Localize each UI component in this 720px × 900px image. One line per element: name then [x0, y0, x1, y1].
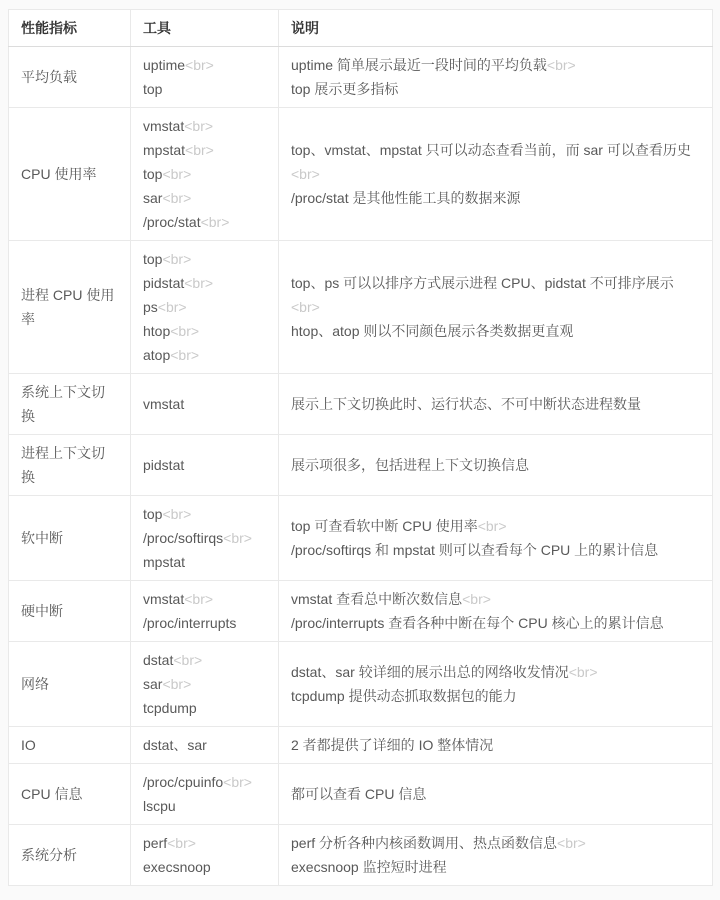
br-literal: <br>	[162, 506, 191, 522]
tool-name: pidstat	[143, 275, 184, 291]
tools-cell: /proc/cpuinfo<br>lscpu	[131, 764, 279, 825]
br-literal: <br>	[170, 347, 199, 363]
tool-name: execsnoop	[143, 859, 211, 875]
tool-line: pidstat	[143, 453, 266, 477]
table-body: 平均负载uptime<br>topuptime 简单展示最近一段时间的平均负载<…	[9, 47, 713, 886]
tool-line: lscpu	[143, 794, 266, 818]
tool-line: dstat、sar	[143, 733, 266, 757]
note-line: top 展示更多指标	[291, 77, 700, 101]
metric-cell: IO	[9, 727, 131, 764]
metric-cell: CPU 使用率	[9, 108, 131, 241]
tools-cell: uptime<br>top	[131, 47, 279, 108]
br-literal: <br>	[569, 664, 598, 680]
tool-line: ps<br>	[143, 295, 266, 319]
note-text: 展示项很多，包括进程上下文切换信息	[291, 457, 529, 473]
note-line: 2 者都提供了详细的 IO 整体情况	[291, 733, 700, 757]
table-row: 网络dstat<br>sar<br>tcpdumpdstat、sar 较详细的展…	[9, 642, 713, 727]
description-cell: top、ps 可以以排序方式展示进程 CPU、pidstat 不可排序展示<br…	[279, 241, 713, 374]
note-text: dstat、sar 较详细的展示出总的网络收发情况	[291, 664, 569, 680]
note-text: /proc/stat 是其他性能工具的数据来源	[291, 190, 520, 206]
note-text: 2 者都提供了详细的 IO 整体情况	[291, 737, 493, 753]
tool-name: top	[143, 166, 162, 182]
note-line: /proc/softirqs 和 mpstat 则可以查看每个 CPU 上的累计…	[291, 538, 700, 562]
tool-name: /proc/stat	[143, 214, 201, 230]
tool-name: htop	[143, 323, 170, 339]
note-line: htop、atop 则以不同颜色展示各类数据更直观	[291, 319, 700, 343]
br-literal: <br>	[462, 591, 491, 607]
table-row: IOdstat、sar2 者都提供了详细的 IO 整体情况	[9, 727, 713, 764]
description-cell: dstat、sar 较详细的展示出总的网络收发情况<br>tcpdump 提供动…	[279, 642, 713, 727]
table-row: 软中断top<br>/proc/softirqs<br>mpstattop 可查…	[9, 496, 713, 581]
tool-name: tcpdump	[143, 700, 197, 716]
note-text: tcpdump 提供动态抓取数据包的能力	[291, 688, 517, 704]
table-row: 系统上下文切换vmstat展示上下文切换此时、运行状态、不可中断状态进程数量	[9, 374, 713, 435]
tool-name: mpstat	[143, 554, 185, 570]
description-cell: uptime 简单展示最近一段时间的平均负载<br>top 展示更多指标	[279, 47, 713, 108]
note-text: top、ps 可以以排序方式展示进程 CPU、pidstat 不可排序展示	[291, 275, 674, 291]
note-text: /proc/interrupts 查看各种中断在每个 CPU 核心上的累计信息	[291, 615, 664, 631]
description-cell: 2 者都提供了详细的 IO 整体情况	[279, 727, 713, 764]
note-text: top、vmstat、mpstat 只可以动态查看当前，而 sar 可以查看历史	[291, 142, 691, 158]
tool-name: vmstat	[143, 396, 184, 412]
tool-name: top	[143, 251, 162, 267]
br-literal: <br>	[162, 166, 191, 182]
metric-cell: 平均负载	[9, 47, 131, 108]
tool-line: top	[143, 77, 266, 101]
table-header-row: 性能指标 工具 说明	[9, 10, 713, 47]
note-text: vmstat 查看总中断次数信息	[291, 591, 462, 607]
tool-line: /proc/stat<br>	[143, 210, 266, 234]
tool-line: vmstat<br>	[143, 587, 266, 611]
metric-cell: 系统上下文切换	[9, 374, 131, 435]
table-row: 进程上下文切换pidstat展示项很多，包括进程上下文切换信息	[9, 435, 713, 496]
note-line: /proc/stat 是其他性能工具的数据来源	[291, 186, 700, 210]
tool-line: atop<br>	[143, 343, 266, 367]
column-header-tool: 工具	[131, 10, 279, 47]
note-text: top 可查看软中断 CPU 使用率	[291, 518, 478, 534]
tool-name: dstat	[143, 652, 173, 668]
br-literal: <br>	[184, 275, 213, 291]
tool-line: top<br>	[143, 162, 266, 186]
note-text: /proc/softirqs 和 mpstat 则可以查看每个 CPU 上的累计…	[291, 542, 658, 558]
tool-name: sar	[143, 676, 162, 692]
table-row: 系统分析perf<br>execsnoopperf 分析各种内核函数调用、热点函…	[9, 825, 713, 886]
note-line: /proc/interrupts 查看各种中断在每个 CPU 核心上的累计信息	[291, 611, 700, 635]
br-literal: <br>	[158, 299, 187, 315]
br-literal: <br>	[173, 652, 202, 668]
note-line: perf 分析各种内核函数调用、热点函数信息<br>	[291, 831, 700, 855]
note-text: execsnoop 监控短时进程	[291, 859, 447, 875]
description-cell: perf 分析各种内核函数调用、热点函数信息<br>execsnoop 监控短时…	[279, 825, 713, 886]
column-header-description: 说明	[279, 10, 713, 47]
tool-line: uptime<br>	[143, 53, 266, 77]
tool-name: vmstat	[143, 591, 184, 607]
note-text: perf 分析各种内核函数调用、热点函数信息	[291, 835, 557, 851]
note-line: uptime 简单展示最近一段时间的平均负载<br>	[291, 53, 700, 77]
tools-cell: top<br>/proc/softirqs<br>mpstat	[131, 496, 279, 581]
note-line: tcpdump 提供动态抓取数据包的能力	[291, 684, 700, 708]
tool-name: dstat、sar	[143, 737, 207, 753]
tool-line: htop<br>	[143, 319, 266, 343]
tools-cell: dstat<br>sar<br>tcpdump	[131, 642, 279, 727]
tool-line: tcpdump	[143, 696, 266, 720]
tool-line: /proc/softirqs<br>	[143, 526, 266, 550]
br-literal: <br>	[223, 530, 252, 546]
tool-name: perf	[143, 835, 167, 851]
metric-cell: 进程上下文切换	[9, 435, 131, 496]
br-literal: <br>	[162, 190, 191, 206]
note-text: uptime 简单展示最近一段时间的平均负载	[291, 57, 547, 73]
br-literal: <br>	[223, 774, 252, 790]
description-cell: 展示上下文切换此时、运行状态、不可中断状态进程数量	[279, 374, 713, 435]
note-text: top 展示更多指标	[291, 81, 398, 97]
note-text: 展示上下文切换此时、运行状态、不可中断状态进程数量	[291, 396, 641, 412]
tool-name: sar	[143, 190, 162, 206]
br-literal: <br>	[291, 166, 320, 182]
tool-line: pidstat<br>	[143, 271, 266, 295]
tools-cell: vmstat	[131, 374, 279, 435]
br-literal: <br>	[170, 323, 199, 339]
note-line: 都可以查看 CPU 信息	[291, 782, 700, 806]
tool-name: pidstat	[143, 457, 184, 473]
tool-line: /proc/interrupts	[143, 611, 266, 635]
tools-cell: dstat、sar	[131, 727, 279, 764]
table-row: 硬中断vmstat<br>/proc/interruptsvmstat 查看总中…	[9, 581, 713, 642]
tools-cell: pidstat	[131, 435, 279, 496]
note-line: <br>	[291, 295, 700, 319]
tool-line: execsnoop	[143, 855, 266, 879]
tools-cell: top<br>pidstat<br>ps<br>htop<br>atop<br>	[131, 241, 279, 374]
br-literal: <br>	[185, 57, 214, 73]
note-text: htop、atop 则以不同颜色展示各类数据更直观	[291, 323, 573, 339]
br-literal: <br>	[201, 214, 230, 230]
note-text: 都可以查看 CPU 信息	[291, 786, 426, 802]
br-literal: <br>	[184, 591, 213, 607]
tool-line: /proc/cpuinfo<br>	[143, 770, 266, 794]
tool-line: perf<br>	[143, 831, 266, 855]
tool-line: sar<br>	[143, 186, 266, 210]
table-row: 进程 CPU 使用率top<br>pidstat<br>ps<br>htop<b…	[9, 241, 713, 374]
br-literal: <br>	[185, 142, 214, 158]
tools-cell: vmstat<br>/proc/interrupts	[131, 581, 279, 642]
note-line: execsnoop 监控短时进程	[291, 855, 700, 879]
table-row: CPU 使用率vmstat<br>mpstat<br>top<br>sar<br…	[9, 108, 713, 241]
metric-cell: 系统分析	[9, 825, 131, 886]
note-line: top、ps 可以以排序方式展示进程 CPU、pidstat 不可排序展示	[291, 271, 700, 295]
performance-tools-table: 性能指标 工具 说明 平均负载uptime<br>topuptime 简单展示最…	[8, 9, 713, 886]
tool-line: top<br>	[143, 502, 266, 526]
br-literal: <br>	[162, 251, 191, 267]
tool-line: vmstat	[143, 392, 266, 416]
metric-cell: 网络	[9, 642, 131, 727]
tool-line: dstat<br>	[143, 648, 266, 672]
br-literal: <br>	[547, 57, 576, 73]
tool-name: /proc/interrupts	[143, 615, 236, 631]
tool-name: atop	[143, 347, 170, 363]
br-literal: <br>	[291, 299, 320, 315]
tool-line: sar<br>	[143, 672, 266, 696]
metric-cell: CPU 信息	[9, 764, 131, 825]
tools-cell: vmstat<br>mpstat<br>top<br>sar<br>/proc/…	[131, 108, 279, 241]
tool-name: top	[143, 81, 162, 97]
note-line: 展示项很多，包括进程上下文切换信息	[291, 453, 700, 477]
tool-name: mpstat	[143, 142, 185, 158]
note-line: top 可查看软中断 CPU 使用率<br>	[291, 514, 700, 538]
description-cell: 都可以查看 CPU 信息	[279, 764, 713, 825]
metric-cell: 软中断	[9, 496, 131, 581]
note-line: vmstat 查看总中断次数信息<br>	[291, 587, 700, 611]
description-cell: top、vmstat、mpstat 只可以动态查看当前，而 sar 可以查看历史…	[279, 108, 713, 241]
tool-name: uptime	[143, 57, 185, 73]
description-cell: top 可查看软中断 CPU 使用率<br>/proc/softirqs 和 m…	[279, 496, 713, 581]
tools-cell: perf<br>execsnoop	[131, 825, 279, 886]
table-row: CPU 信息/proc/cpuinfo<br>lscpu都可以查看 CPU 信息	[9, 764, 713, 825]
tool-line: mpstat	[143, 550, 266, 574]
tool-name: /proc/cpuinfo	[143, 774, 223, 790]
tool-name: vmstat	[143, 118, 184, 134]
br-literal: <br>	[557, 835, 586, 851]
tool-name: top	[143, 506, 162, 522]
br-literal: <br>	[184, 118, 213, 134]
description-cell: 展示项很多，包括进程上下文切换信息	[279, 435, 713, 496]
note-line: 展示上下文切换此时、运行状态、不可中断状态进程数量	[291, 392, 700, 416]
tool-line: top<br>	[143, 247, 266, 271]
tool-line: vmstat<br>	[143, 114, 266, 138]
tool-name: /proc/softirqs	[143, 530, 223, 546]
table-row: 平均负载uptime<br>topuptime 简单展示最近一段时间的平均负载<…	[9, 47, 713, 108]
description-cell: vmstat 查看总中断次数信息<br>/proc/interrupts 查看各…	[279, 581, 713, 642]
br-literal: <br>	[167, 835, 196, 851]
br-literal: <br>	[162, 676, 191, 692]
tool-name: lscpu	[143, 798, 176, 814]
metric-cell: 硬中断	[9, 581, 131, 642]
tool-name: ps	[143, 299, 158, 315]
br-literal: <br>	[478, 518, 507, 534]
tool-line: mpstat<br>	[143, 138, 266, 162]
metric-cell: 进程 CPU 使用率	[9, 241, 131, 374]
note-line: top、vmstat、mpstat 只可以动态查看当前，而 sar 可以查看历史…	[291, 138, 700, 186]
note-line: dstat、sar 较详细的展示出总的网络收发情况<br>	[291, 660, 700, 684]
column-header-metric: 性能指标	[9, 10, 131, 47]
